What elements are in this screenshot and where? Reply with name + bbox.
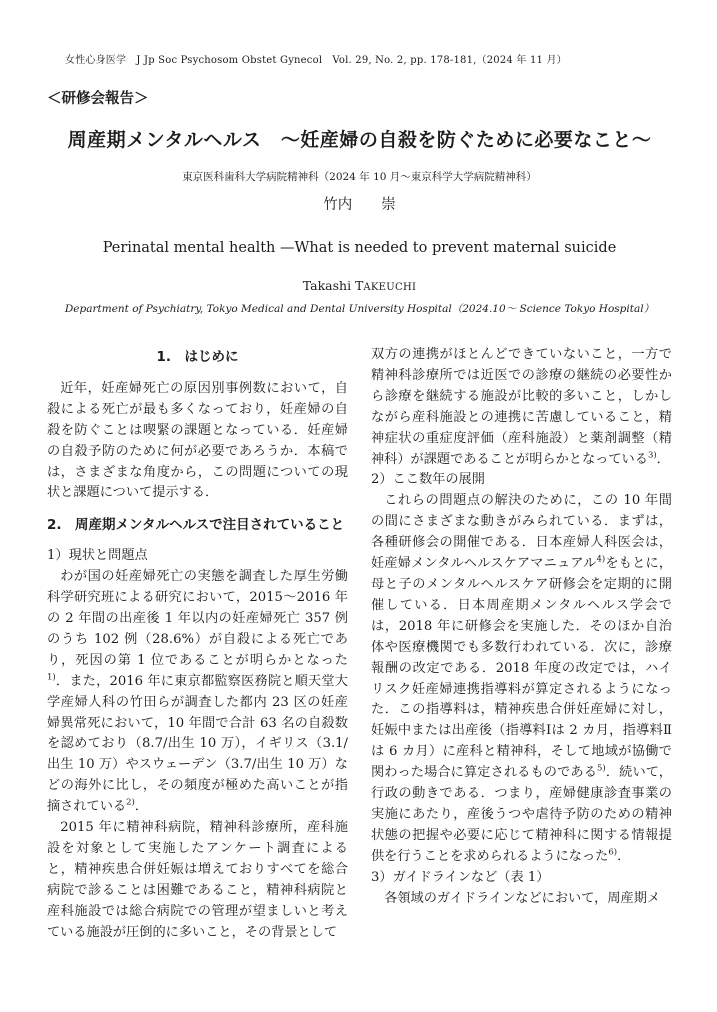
article-title-ja: 周産期メンタルヘルス ～妊産婦の自殺を防ぐために必要なこと～	[47, 128, 672, 152]
paragraph-survey: 2015 年に精神科病院，精神科診療所，産科施設を対象として実施したアンケート調…	[47, 818, 348, 943]
paragraph-guidelines: 各領域のガイドラインなどにおいて，周産期メ	[371, 889, 672, 910]
report-type-label: ＜研修会報告＞	[47, 91, 672, 108]
paragraph-survey-continued: 双方の連携がほとんどできていないこと，一方で精神科診療所では近医での診療の継続の…	[371, 345, 672, 470]
journal-header-line: 女性心身医学 J Jp Soc Psychosom Obstet Gynecol…	[47, 54, 672, 67]
content-columns: 1. はじめに近年，妊産婦死亡の原因別事例数において，自殺による死亡が最も多くな…	[47, 345, 672, 943]
author-name-ja: 竹内 崇	[47, 196, 672, 214]
right-column: 双方の連携がほとんどできていないこと，一方で精神科診療所では近医での診療の継続の…	[371, 345, 672, 943]
paragraph-developments: これらの問題点の解決のために，この 10 年間の間にさまざまな動きがみられている…	[371, 491, 672, 867]
left-column: 1. はじめに近年，妊産婦死亡の原因別事例数において，自殺による死亡が最も多くな…	[47, 345, 348, 943]
subsection-1-heading: 1）現状と問題点	[47, 546, 348, 567]
article-title-en: Perinatal mental health —What is needed …	[47, 239, 672, 257]
author-name-en: Takashi TAKEUCHI	[47, 278, 672, 295]
subsection-2-heading: 2）ここ数年の展開	[371, 470, 672, 491]
subsection-3-heading: 3）ガイドラインなど（表 1）	[371, 868, 672, 889]
section-2-heading: 2. 周産期メンタルヘルスで注目されていること	[47, 515, 348, 536]
paragraph-intro: 近年，妊産婦死亡の原因別事例数において，自殺による死亡が最も多くなっており，妊産…	[47, 379, 348, 504]
section-1-heading: 1. はじめに	[47, 347, 348, 368]
affiliation-en: Department of Psychiatry, Tokyo Medical …	[47, 303, 672, 316]
affiliation-ja: 東京医科歯科大学病院精神科（2024 年 10 月～東京科学大学病院精神科）	[47, 171, 672, 184]
paragraph-current-status: わが国の妊産婦死亡の実態を調査した厚生労働科学研究班による研究において，2015…	[47, 567, 348, 818]
journal-page: 女性心身医学 J Jp Soc Psychosom Obstet Gynecol…	[0, 0, 717, 1012]
